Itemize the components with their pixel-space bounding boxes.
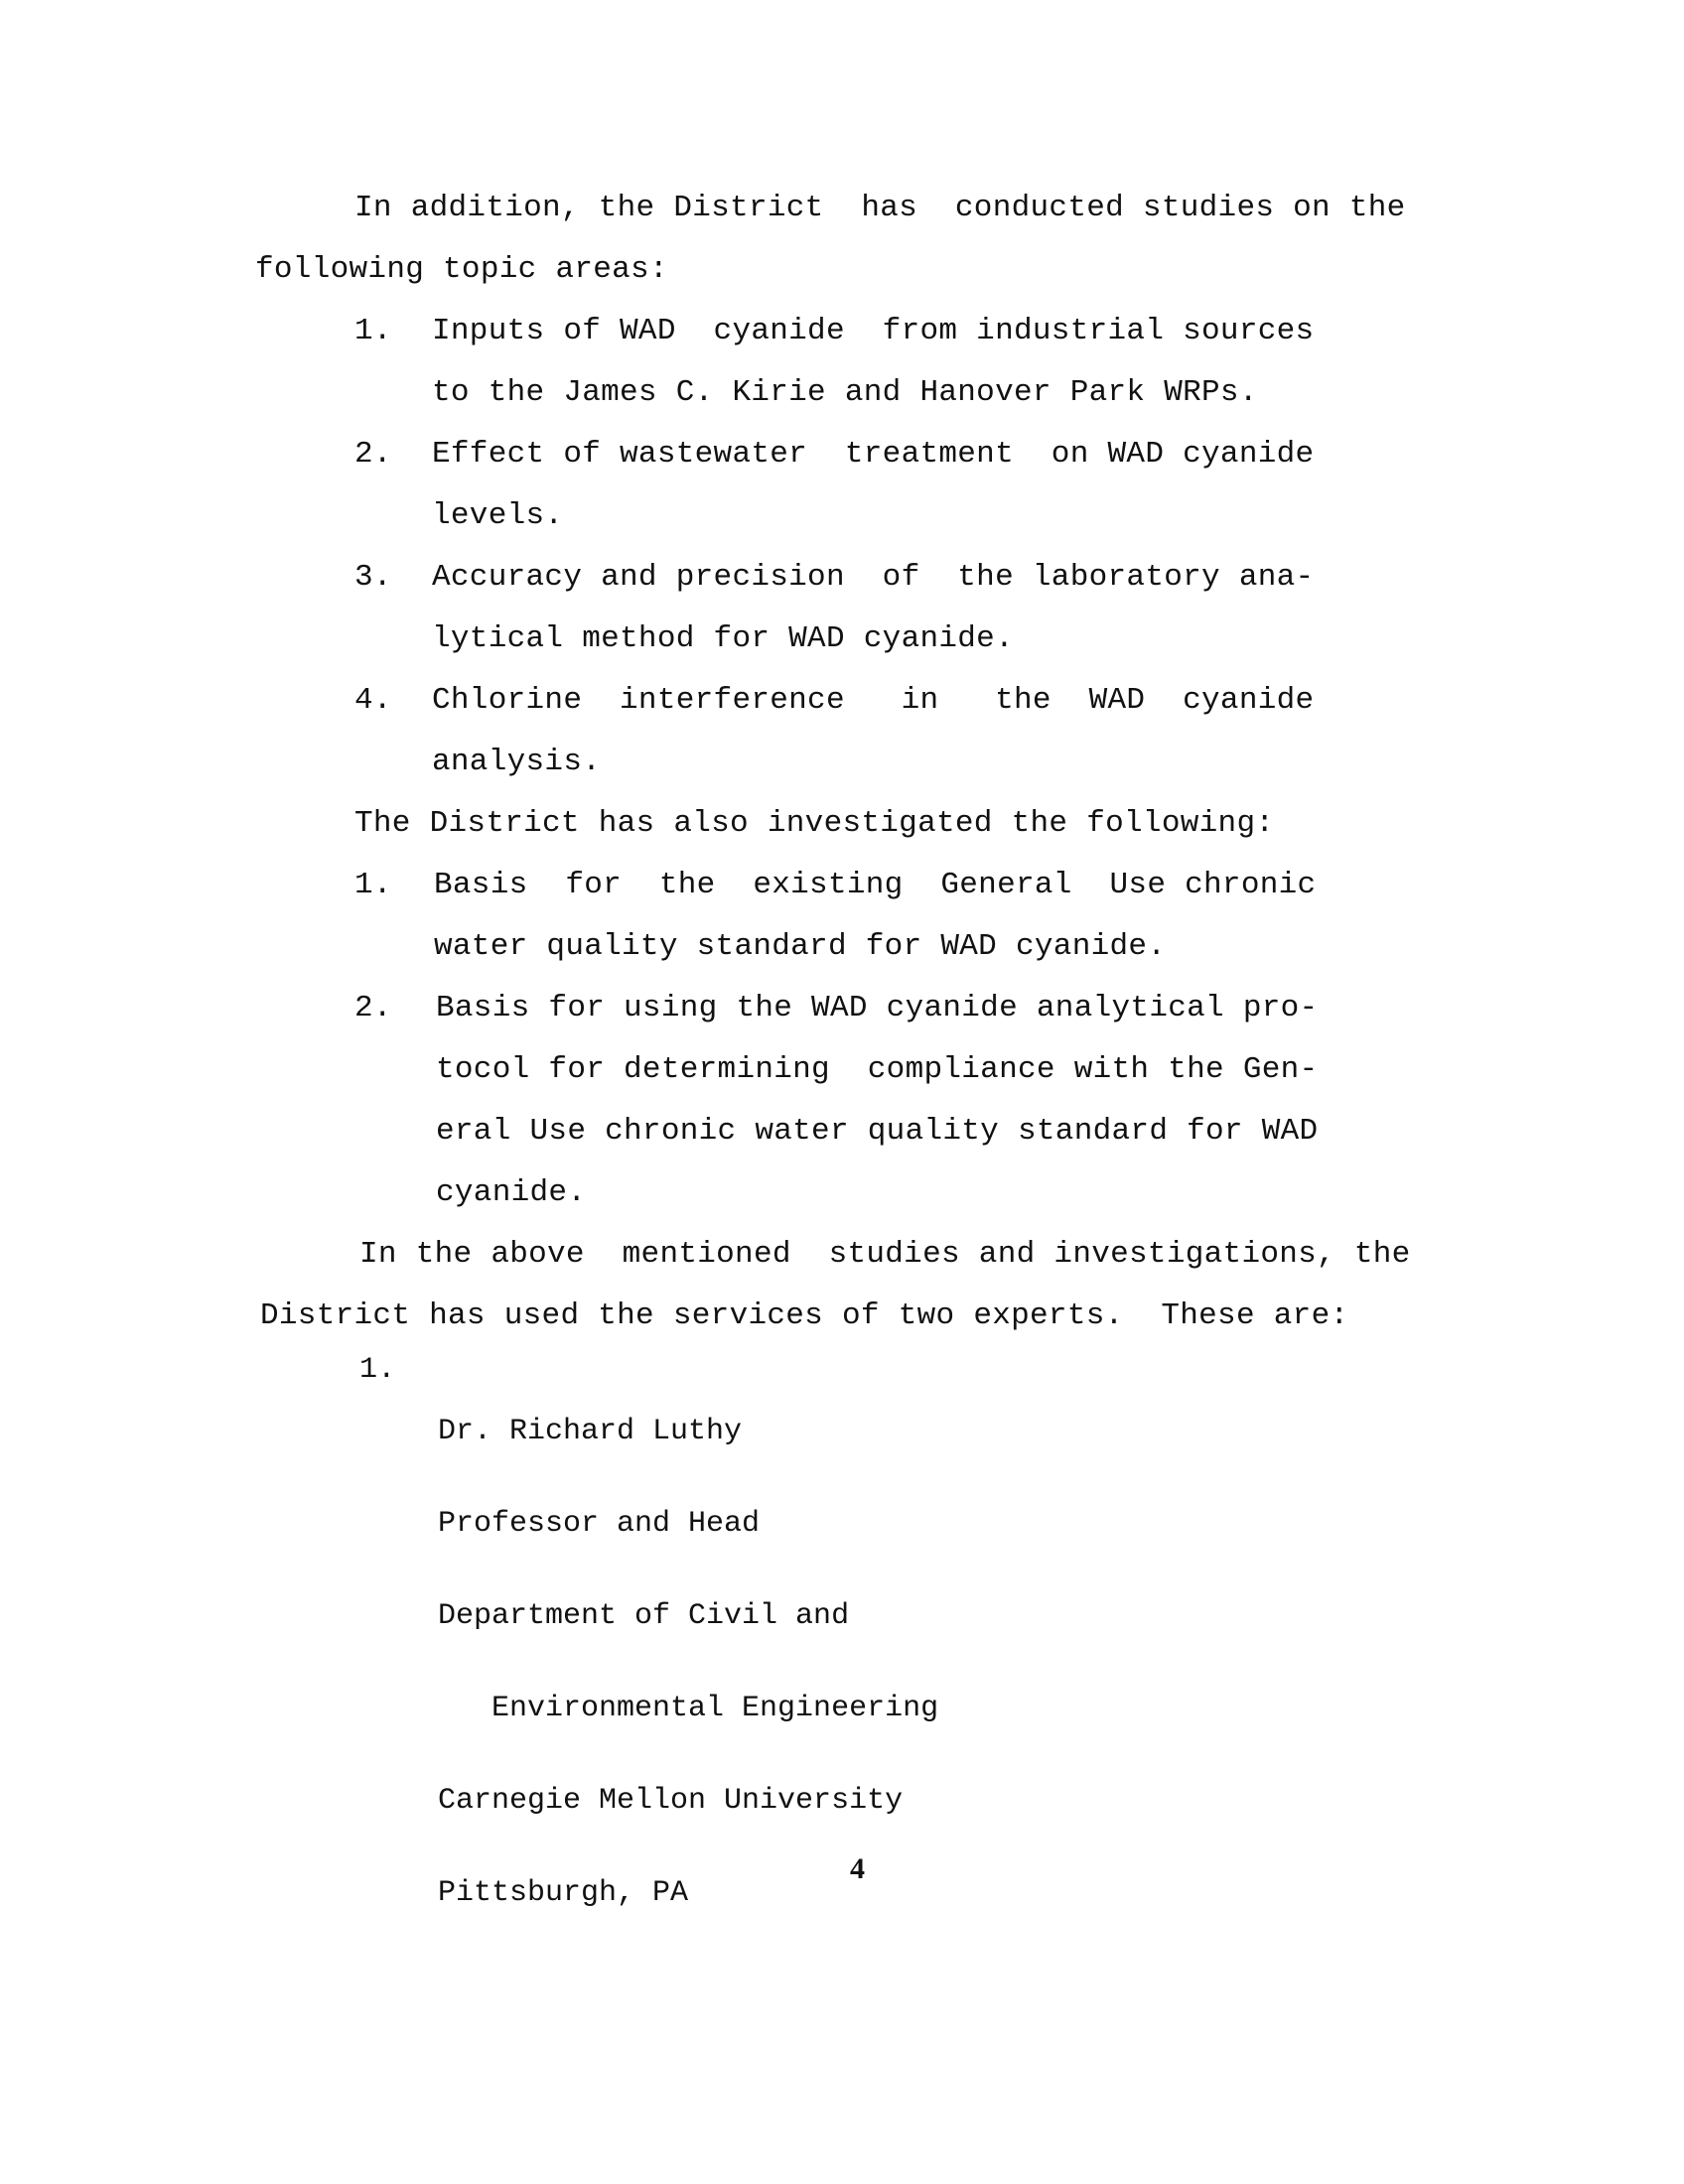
paragraph-3-line-1: In the above mentioned studies and inves… <box>359 1237 1411 1273</box>
investigation-2-number: 2. <box>354 991 392 1026</box>
paragraph-1-line-2: following topic areas: <box>255 252 668 288</box>
page-number: 4 <box>850 1852 865 1886</box>
investigation-1-number: 1. <box>354 868 392 903</box>
paragraph-3-line-2: District has used the services of two ex… <box>260 1298 1348 1334</box>
investigation-2-line-3: eral Use chronic water quality standard … <box>436 1114 1318 1150</box>
investigation-1-line-1: Basis for the existing General Use chron… <box>434 868 1316 903</box>
topic-1-line-1: Inputs of WAD cyanide from industrial so… <box>432 314 1314 349</box>
topic-3-line-2: lytical method for WAD cyanide. <box>432 621 1014 657</box>
topic-3-number: 3. <box>354 560 392 596</box>
topic-2-line-1: Effect of wastewater treatment on WAD cy… <box>432 437 1314 473</box>
topic-1-line-2: to the James C. Kirie and Hanover Park W… <box>432 375 1258 411</box>
investigation-2-line-1: Basis for using the WAD cyanide analytic… <box>436 991 1318 1026</box>
expert-1-number: 1. <box>359 1355 396 1386</box>
topic-2-line-2: levels. <box>432 498 563 534</box>
expert-department-cont: Environmental Engineering <box>438 1694 938 1724</box>
topic-4-line-1: Chlorine interference in the WAD cyanide <box>432 683 1314 719</box>
investigation-1-line-2: water quality standard for WAD cyanide. <box>434 929 1166 965</box>
investigation-2-line-2: tocol for determining compliance with th… <box>436 1052 1318 1088</box>
expert-title: Professor and Head <box>438 1509 938 1540</box>
paragraph-2: The District has also investigated the f… <box>354 806 1274 842</box>
topic-4-number: 4. <box>354 683 392 719</box>
expert-department: Department of Civil and <box>438 1601 938 1632</box>
investigation-2-line-4: cyanide. <box>436 1175 586 1211</box>
topic-4-line-2: analysis. <box>432 745 601 780</box>
paragraph-1-line-1: In addition, the District has conducted … <box>354 191 1406 226</box>
topic-3-line-1: Accuracy and precision of the laboratory… <box>432 560 1314 596</box>
expert-name: Dr. Richard Luthy <box>438 1417 938 1447</box>
topic-2-number: 2. <box>354 437 392 473</box>
expert-university: Carnegie Mellon University <box>438 1786 938 1817</box>
topic-1-number: 1. <box>354 314 392 349</box>
